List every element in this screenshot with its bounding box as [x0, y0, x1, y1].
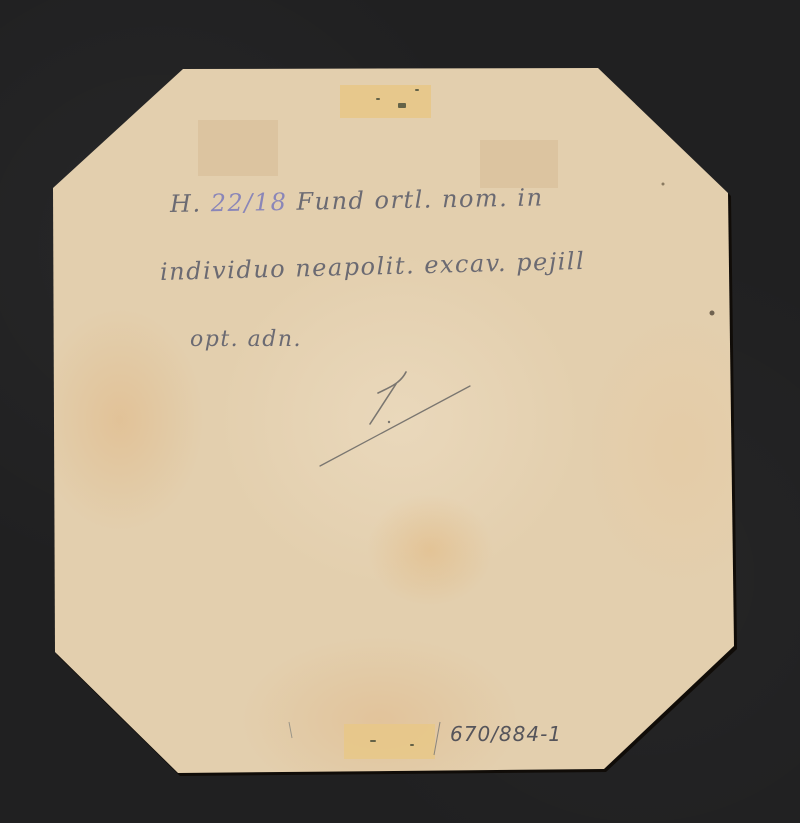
inscription-line-1: H. 22/18 Fund ortl. nom. in — [170, 183, 544, 218]
tape-speck — [398, 103, 406, 108]
inventory-number: 670/884-1 — [450, 722, 562, 746]
tape-speck — [415, 89, 419, 91]
tape-residue-right — [480, 140, 558, 188]
tape-strip-top — [340, 85, 431, 118]
inscription-number: 22/18 — [210, 188, 287, 217]
inscription-line-2: individuo neapolit. excav. pejill — [160, 247, 586, 286]
tape-speck — [410, 744, 414, 746]
tape-speck — [370, 740, 376, 742]
tape-speck — [376, 98, 380, 100]
inscription-line-3: opt. adn. — [190, 327, 302, 352]
tape-strip-bottom — [344, 724, 435, 759]
inscription-prefix: H. — [170, 189, 211, 218]
tape-residue-left — [198, 120, 278, 176]
inscription-text: Fund ortl. nom. in — [287, 183, 544, 215]
